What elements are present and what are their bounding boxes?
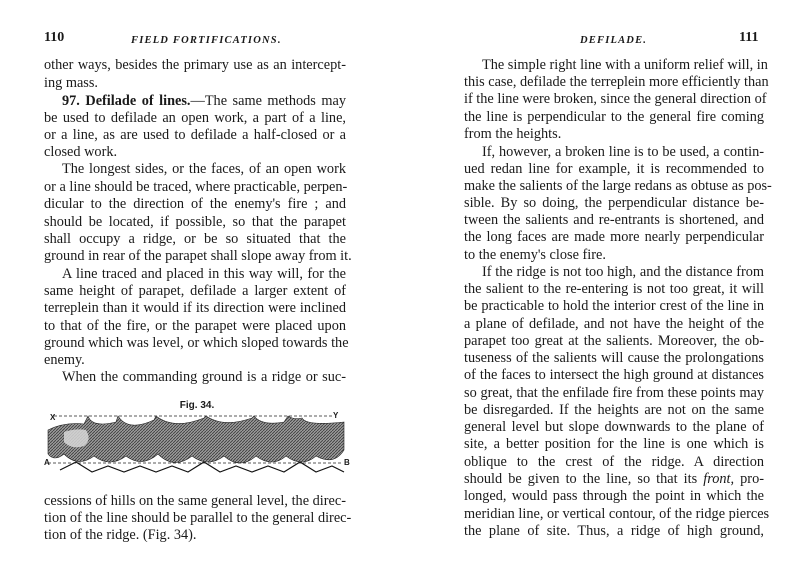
text-line: When the commanding ground is a ridge or… — [62, 368, 346, 386]
text-line: The simple right line with a uniform rel… — [482, 56, 764, 74]
left-page: 110 FIELD FORTIFICATIONS. other ways, be… — [0, 0, 405, 584]
running-title: FIELD FORTIFICATIONS. — [131, 35, 282, 46]
text-line: same height of parapet, defilade a large… — [44, 282, 346, 300]
text-line: should be located, if possible, so that … — [44, 213, 346, 231]
text-line: ground in rear of the parapet shall slop… — [44, 247, 346, 265]
text-line: tween the salients and re-entrants is sh… — [464, 211, 764, 229]
ridge-illustration — [44, 410, 350, 480]
text-line: tion of the line should be parallel to t… — [44, 509, 346, 527]
text-line: site, a better position for the line is … — [464, 435, 764, 453]
label-x: X — [50, 413, 55, 422]
text-line: be practicable to hold the interior cres… — [464, 297, 764, 315]
text-line: a plane of defilade, and not have the he… — [464, 315, 764, 333]
text-line: longed, would pass through the point in … — [464, 487, 764, 505]
text-line: if the line were broken, since the gener… — [464, 90, 764, 108]
text-line: sible. By so doing, the perpendicular di… — [464, 194, 764, 212]
text-line: the plane of site. Thus, a ridge of high… — [464, 522, 764, 540]
text-line: should be given to the line, so that its… — [464, 470, 764, 488]
running-title: DEFILADE. — [580, 35, 647, 46]
text-line: or a line should be traced, where practi… — [44, 178, 346, 196]
text-line: If the ridge is not too high, and the di… — [482, 263, 764, 281]
text-line: cessions of hills on the same general le… — [44, 492, 346, 510]
page-number: 110 — [44, 30, 64, 46]
text-line: to that of the fire, or the parapet were… — [44, 317, 346, 335]
text-line: closed work. — [44, 143, 346, 161]
text-line: If, however, a broken line is to be used… — [482, 143, 764, 161]
label-a: A — [44, 458, 50, 467]
text-line: the line is perpendicular to the general… — [464, 108, 764, 126]
section-heading: 97. Defilade of lines. — [62, 93, 191, 109]
text-line: tuseness of the salients will cause the … — [464, 349, 764, 367]
text-line: so great, that the enfilade fire from th… — [464, 384, 764, 402]
label-y: Y — [333, 411, 338, 420]
text-line: of the faces to intersect the high groun… — [464, 366, 764, 384]
text-line: The longest sides, or the faces, of an o… — [62, 160, 346, 178]
text-line: make the salients of the large redans as… — [464, 177, 764, 195]
text-line: oblique to the crest of the ridge. A dir… — [464, 453, 764, 471]
text-line: ground which was level, or which sloped … — [44, 334, 346, 352]
text-line: A line traced and placed in this way wil… — [62, 265, 346, 283]
text-line: ued redan line for example, it is recomm… — [464, 160, 764, 178]
right-page: DEFILADE. 111 The simple right line with… — [405, 0, 810, 584]
figure-34: Fig. 34. X Y A B — [44, 400, 350, 480]
text-line: tion of the ridge. (Fig. 34). — [44, 526, 346, 544]
text-line: the salient to the re-entering is not to… — [464, 280, 764, 298]
text-line: other ways, besides the primary use as a… — [44, 56, 346, 74]
text-line: be used to defilade an open work, a part… — [44, 109, 346, 127]
text-line: terreplein than it would if its directio… — [44, 299, 346, 317]
emphasis: front, — [703, 471, 734, 487]
text-line: this case, defilade the terreplein more … — [464, 73, 764, 91]
text-line: to the enemy's close fire. — [464, 246, 764, 264]
text-line: the long faces are made more nearly perp… — [464, 228, 764, 246]
section-heading-line: 97. Defilade of lines.—The same methods … — [62, 92, 346, 110]
text-line: parapet too great at the salients. Moreo… — [464, 332, 764, 350]
text-line: general level but slope downwards to the… — [464, 418, 764, 436]
text-line: or a line, as are used to defilade a hal… — [44, 126, 346, 144]
label-b: B — [344, 458, 350, 467]
text-line: be disregarded. If the heights are not o… — [464, 401, 764, 419]
text-line: ing mass. — [44, 74, 346, 92]
page-number: 111 — [739, 30, 758, 46]
text-line: dicular to the direction of the enemy's … — [44, 195, 346, 213]
text-line: shall occupy a ridge, or be so situated … — [44, 230, 346, 248]
text-line: meridian line, or vertical contour, of t… — [464, 505, 764, 523]
text-line: from the heights. — [464, 125, 764, 143]
text-line: enemy. — [44, 351, 346, 369]
